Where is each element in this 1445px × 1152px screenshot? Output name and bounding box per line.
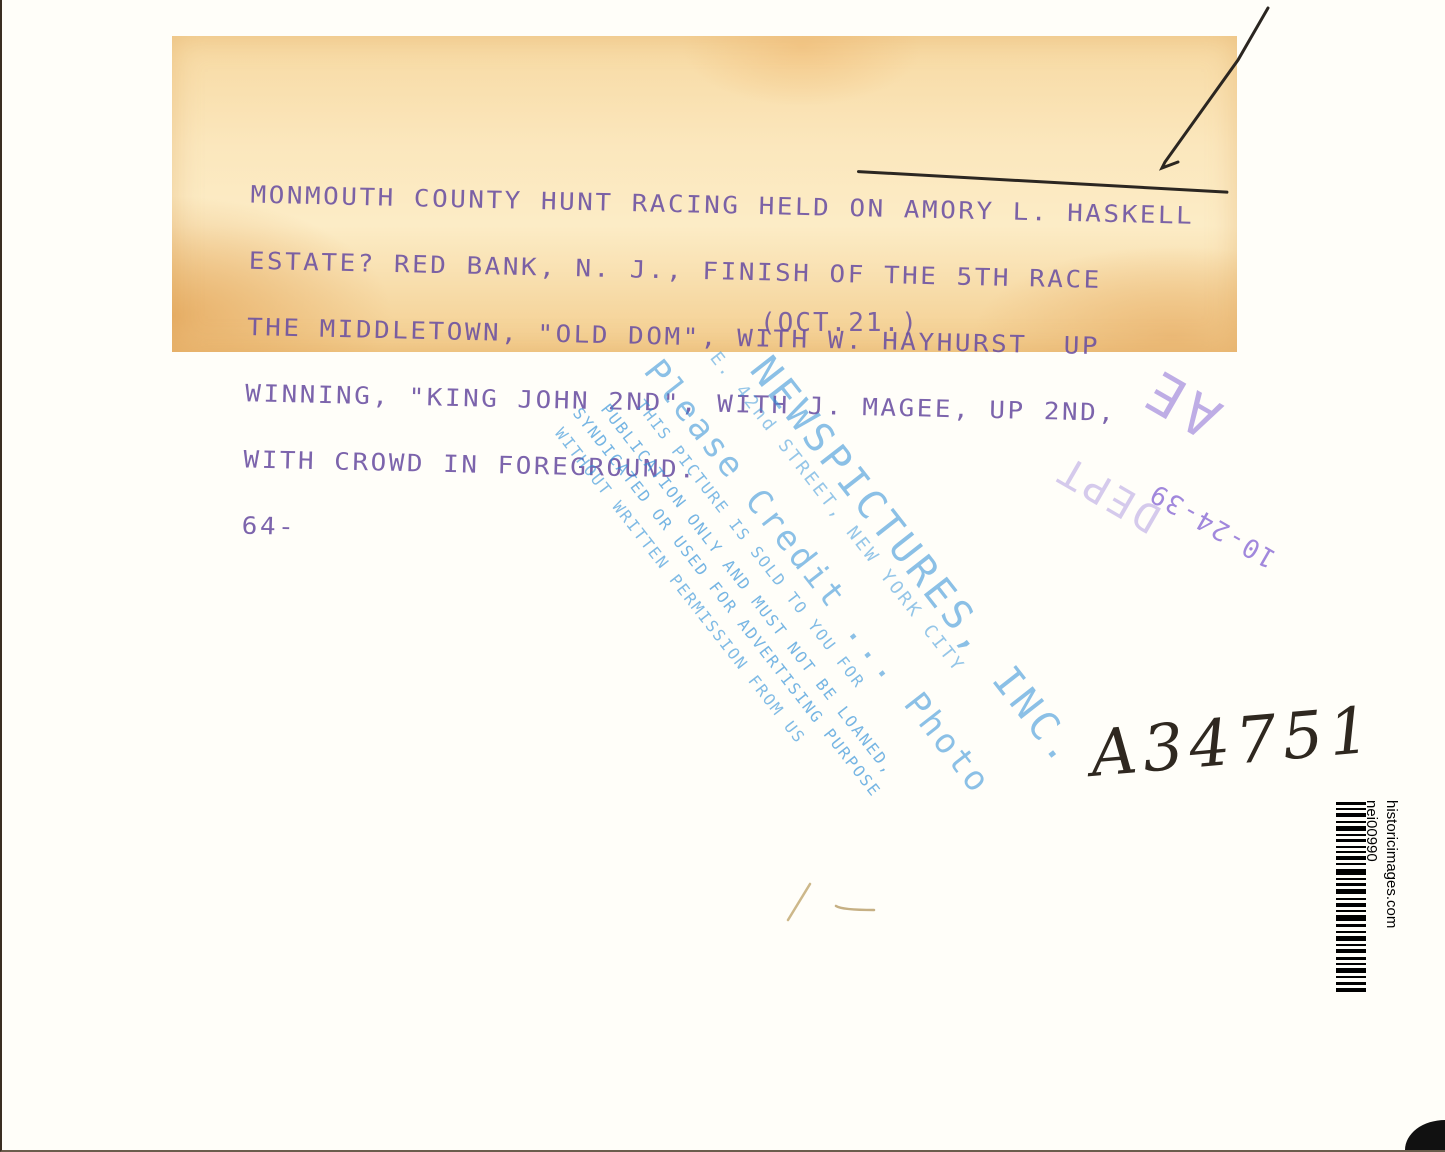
agency-stamp: NEWSPICTURES, INC. E. 42nd STREET, NEW Y…: [562, 338, 1082, 858]
pencil-mark-icon: [782, 880, 892, 930]
caption-line: ESTATE? RED BANK, N. J., FINISH OF THE 5…: [248, 250, 1192, 293]
date-stamp-letters: AE: [1131, 354, 1232, 450]
barcode-item-id: nei00990: [1363, 800, 1380, 862]
caption-line: MONMOUTH COUNTY HUNT RACING HELD ON AMOR…: [250, 184, 1194, 227]
date-stamp-dept: DEPT: [1048, 445, 1168, 541]
caption-strip: MONMOUTH COUNTY HUNT RACING HELD ON AMOR…: [172, 36, 1237, 352]
handwritten-id: A34751: [1088, 693, 1379, 792]
pen-check-mark-icon: [1120, 0, 1300, 180]
photo-back: MONMOUTH COUNTY HUNT RACING HELD ON AMOR…: [0, 0, 1445, 1152]
barcode-site: historicimages.com: [1383, 800, 1400, 928]
barcode-label: nei00990 historicimages.com: [1332, 800, 1392, 996]
date-stamp: AE 10-24-39 DEPT: [1052, 360, 1272, 590]
caption-date: (OCT.21.): [760, 308, 919, 338]
corner-ink-mark: [1405, 1120, 1445, 1150]
date-stamp-date: 10-24-39: [1144, 477, 1281, 574]
barcode-icon: [1336, 802, 1366, 992]
